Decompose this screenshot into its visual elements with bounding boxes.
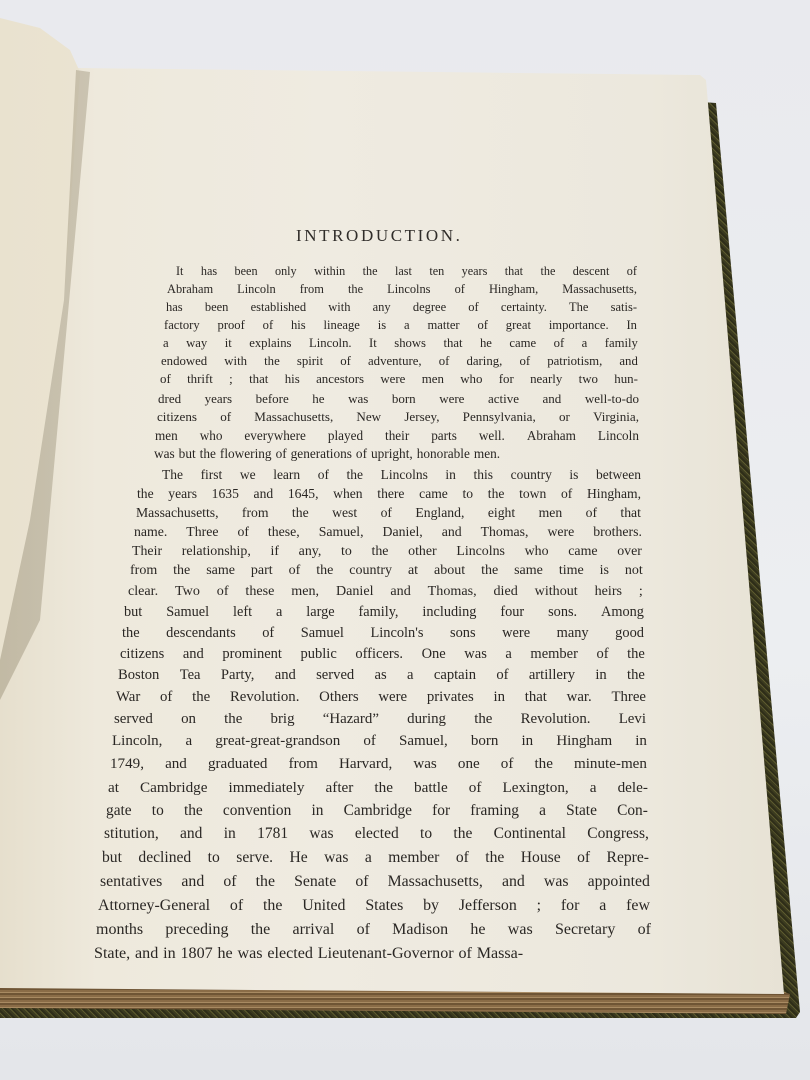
text-line: servedonthebrig“Hazard”duringtheRevoluti…: [114, 711, 646, 728]
text-line: WaroftheRevolution.Otherswereprivatesint…: [116, 689, 646, 706]
text-line: menwhoeverywhereplayedtheirpartswell.Abr…: [155, 428, 639, 444]
text-line: wasbutthefloweringofgenerationsofupright…: [154, 446, 504, 462]
text-line: BostonTeaParty,andservedasacaptainofarti…: [118, 667, 645, 684]
text-line: citizensofMassachusetts,NewJersey,Pennsy…: [157, 409, 639, 425]
text-line: Attorney-GeneraloftheUnitedStatesbyJeffe…: [98, 897, 650, 915]
text-line: Massachusetts,fromthewestofEngland,eight…: [136, 505, 641, 521]
text-line: butdeclinedtoserve.HewasamemberoftheHous…: [102, 849, 649, 867]
text-line: atCambridgeimmediatelyafterthebattleofLe…: [108, 779, 648, 797]
page-text: INTRODUCTION. Ithasbeenonlywithinthelast…: [0, 0, 810, 1080]
text-line: thedescendantsofSamuelLincoln'ssonswerem…: [122, 625, 644, 642]
text-line: AbrahamLincolnfromtheLincolnsofHingham,M…: [167, 282, 637, 297]
text-line: sentativesandoftheSenateofMassachusetts,…: [100, 873, 650, 891]
text-line: dredyearsbeforehewasbornwereactiveandwel…: [158, 391, 639, 407]
text-line: monthsprecedingthearrivalofMadisonhewasS…: [96, 921, 651, 939]
text-line: ThefirstwelearnoftheLincolnsinthiscountr…: [162, 467, 641, 483]
text-line: Theirrelationship,ifany,totheotherLincol…: [132, 544, 642, 560]
text-line: citizensandprominentpublicofficers.Onewa…: [120, 646, 645, 663]
text-line: hasbeenestablishedwithanydegreeofcertain…: [166, 300, 637, 315]
text-line: theyears1635and1645,whentherecametotheto…: [137, 486, 641, 502]
text-line: State,andin1807hewaselectedLieutenant-Go…: [94, 945, 528, 963]
text-line: Lincoln,agreat-great-grandsonofSamuel,bo…: [112, 733, 647, 750]
text-line: endowedwiththespiritofadventure,ofdaring…: [161, 354, 638, 369]
text-line: clear.Twoofthesemen,DanielandThomas,died…: [128, 583, 643, 600]
text-line: factoryproofofhislineageisamatterofgreat…: [164, 318, 637, 333]
text-line: ofthrift;thathisancestorsweremenwhoforne…: [160, 372, 638, 387]
text-line: Ithasbeenonlywithinthelasttenyearsthatth…: [176, 264, 637, 279]
text-line: fromthesamepartofthecountryataboutthesam…: [130, 563, 643, 579]
text-line: gatetotheconventioninCambridgeforframing…: [106, 802, 648, 820]
text-line: 1749,andgraduatedfromHarvard,wasoneofthe…: [110, 756, 647, 773]
text-line: name.Threeofthese,Samuel,Daniel,andThoma…: [134, 524, 642, 540]
text-line: butSamuelleftalargefamily,includingfours…: [124, 604, 644, 621]
text-line: stitution,andin1781waselectedtotheContin…: [104, 825, 649, 843]
page-title: INTRODUCTION.: [296, 226, 462, 246]
text-line: awayitexplainsLincoln.Itshowsthathecameo…: [163, 336, 638, 351]
book-photo: INTRODUCTION. Ithasbeenonlywithinthelast…: [0, 0, 810, 1080]
